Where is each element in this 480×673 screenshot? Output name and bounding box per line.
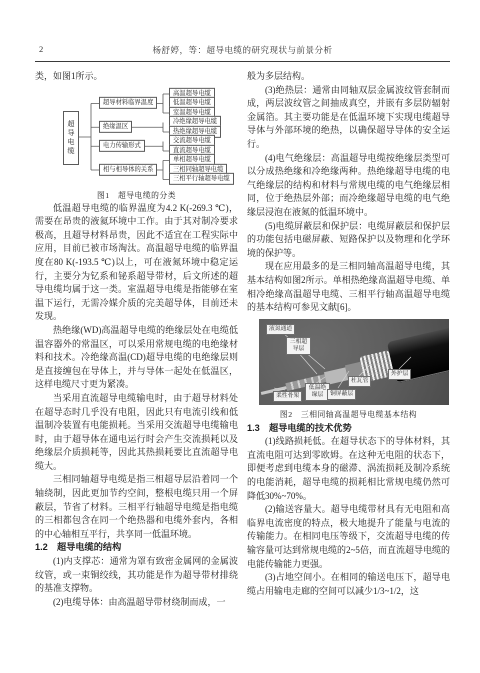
figure1-classification-tree: 超导电缆 超导材料临界温度 绝缘温区 电力传输形式 相与相导体的关系 高温超导电… <box>35 87 238 201</box>
paragraph: 当采用直流超导电缆输电时，由于超导材料处在超导态时几乎没有电阻，因此只有电流引线… <box>35 392 238 474</box>
two-column-body: 类，如图1所示。 超导电缆 超导材料临界温度 绝缘温区 电力传输形式 相与相导体… <box>35 70 450 609</box>
paragraph: (2)输送容量大。超导电缆带材具有无电阻和高临界电流密度的特点，极大地提升了能量… <box>247 503 450 571</box>
figure2-caption: 图2 三相同轴高温超导电缆基本结构 <box>247 409 450 420</box>
left-column: 类，如图1所示。 超导电缆 超导材料临界温度 绝缘温区 电力传输形式 相与相导体… <box>35 70 238 609</box>
paper-page: 2 杨舒婷，等：超导电缆的研究现状与前景分析 类，如图1所示。 超导电缆 超导材… <box>0 0 480 673</box>
header-rule <box>35 61 450 62</box>
paragraph: 热绝缘(WD)高温超导电缆的绝缘层处在电缆低温容器外的常温区，可以采用常规电缆的… <box>35 324 238 392</box>
paragraph: (1)内支撑芯：通常为罩有致密金属网的金属波纹管，或一束铜绞线，其功能是作为超导… <box>35 555 238 596</box>
photo-label-3phase-sc-layer: 三相超导层 <box>286 337 311 355</box>
paragraph: (3)绝热层：通常由同轴双层金属波纹管套制而成，两层波纹管之间抽成真空，并嵌有多… <box>247 84 450 152</box>
paragraph: (3)占地空间小。在相同的输送电压下，超导电缆占用输电走廊的空间可以减少1/3~… <box>247 571 450 598</box>
paragraph: 三相同轴超导电缆是指三相超导层沿着同一个轴绕制，因此更加节约空间，整根电缆只用一… <box>35 473 238 541</box>
cable-photo: 液氮通道 三相超导层 柔性骨架 低温绝缘层 铜屏蔽层 杜瓦管 外护层 <box>259 319 449 405</box>
tree-branch-node: 相与相导体的关系 <box>99 163 157 175</box>
paragraph: 类，如图1所示。 <box>35 70 238 84</box>
section-heading-1-3: 1.3 超导电缆的技术优势 <box>247 422 450 436</box>
right-column: 般为多层结构。 (3)绝热层：通常由同轴双层金属波纹管套制而成，两层波纹管之间抽… <box>247 70 450 609</box>
section-heading-1-2: 1.2 超导电缆的结构 <box>35 541 238 555</box>
paragraph: (1)线路损耗低。在超导状态下的导体材料，其直流电阻可达到零欧姆。在这种无电阻的… <box>247 435 450 503</box>
tree-branch-node: 电力传输形式 <box>99 140 145 152</box>
tree-diagram: 超导电缆 超导材料临界温度 绝缘温区 电力传输形式 相与相导体的关系 高温超导电… <box>35 87 237 187</box>
photo-label-dewar-tube: 杜瓦管 <box>348 376 371 387</box>
paragraph: 般为多层结构。 <box>247 70 450 84</box>
paragraph: (5)电缆屏蔽层和保护层：电缆屏蔽层和保护层的功能包括电磁屏蔽、短路保护以及物理… <box>247 220 450 261</box>
figure1-caption: 图1 超导电缆的分类 <box>35 190 238 201</box>
photo-label-copper-shield: 铜屏蔽层 <box>327 389 356 400</box>
photo-label-outer-sheath: 外护层 <box>388 369 411 380</box>
paragraph: 低温超导电缆的临界温度为4.2 K(-269.3 ℃)，需要在昂贵的液氦环境中工… <box>35 202 238 324</box>
tree-branch-node: 超导材料临界温度 <box>99 97 157 109</box>
figure2-cable-photo: 液氮通道 三相超导层 柔性骨架 低温绝缘层 铜屏蔽层 杜瓦管 外护层 图2 三相… <box>247 319 450 420</box>
tree-root-node: 超导电缆 <box>63 111 79 165</box>
tree-leaf-node: 三相平行轴超导电缆 <box>169 173 234 185</box>
paragraph: (2)电缆导体：由高温超导带材绕制而成，一 <box>35 596 238 610</box>
paragraph: 现在应用最多的是三相同轴高温超导电缆，其基本结构如图2所示。单相热绝缘高温超导电… <box>247 260 450 314</box>
tree-branch-node: 绝缘温区 <box>99 121 132 133</box>
page-header: 2 杨舒婷，等：超导电缆的研究现状与前景分析 <box>35 44 450 57</box>
photo-label-ln-channel: 液氮通道 <box>266 324 295 335</box>
photo-label-flexible-former: 柔性骨架 <box>273 391 302 402</box>
paragraph: (4)电气绝缘层：高温超导电缆按绝缘层类型可以分成热绝缘和冷绝缘两种。热绝缘超导… <box>247 152 450 220</box>
running-title: 杨舒婷，等：超导电缆的研究现状与前景分析 <box>35 44 450 56</box>
